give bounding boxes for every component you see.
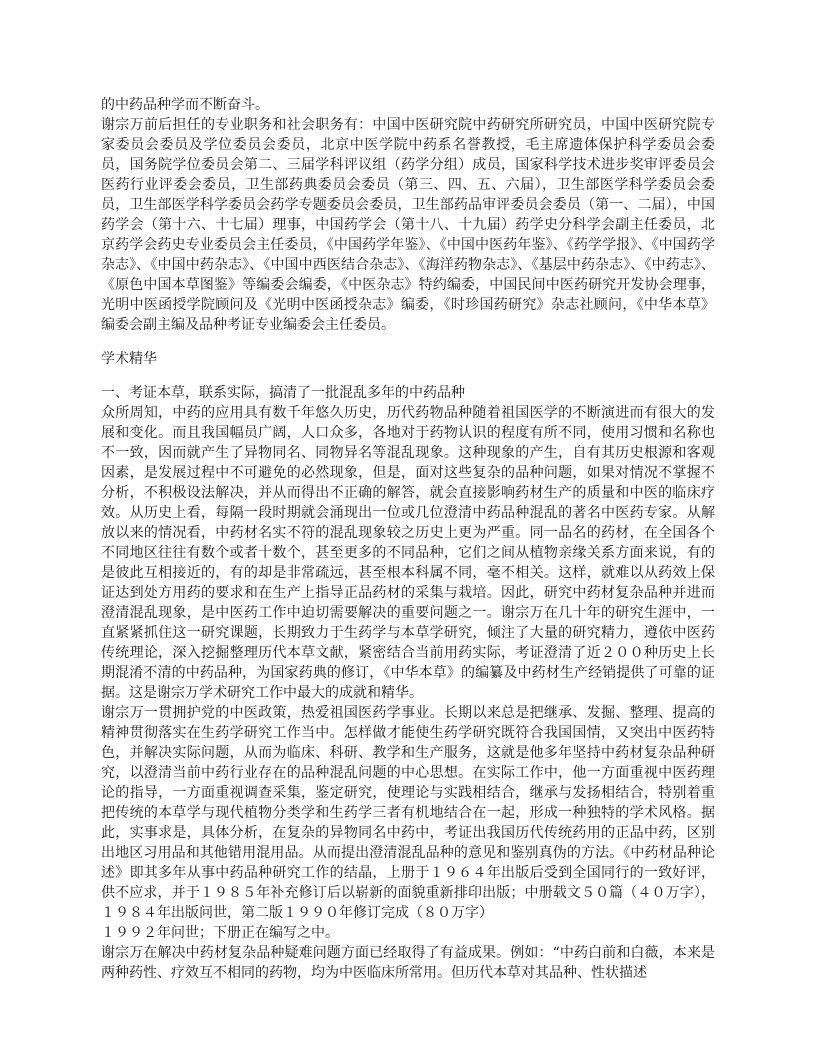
paragraph-professional-positions: 谢宗万前后担任的专业职务和社会职务有：中国中医研究院中药研究所研究员，中国中医研… [101,115,715,335]
paragraph-achievements-example: 谢宗万在解决中药材复杂品种疑难问题方面已经取得了有益成果。例如：“中药白前和白薇… [101,943,715,983]
paragraph-publication-year: １９９２年问世；下册正在编写之中。 [101,923,715,943]
document-content: 的中药品种学而不断奋斗。 谢宗万前后担任的专业职务和社会职务有：中国中医研究院中… [101,95,715,983]
paragraph-research-approach: 谢宗万一贯拥护党的中医政策，热爱祖国医药学事业。长期以来总是把继承、发掘、整理、… [101,703,715,923]
paragraph-continuation: 的中药品种学而不断奋斗。 [101,95,715,115]
paragraph-herb-variety-history: 众所周知，中药的应用具有数千年悠久历史，历代药物品种随着祖国医学的不断演进而有很… [101,403,715,703]
document-page: 的中药品种学而不断奋斗。 谢宗万前后担任的专业职务和社会职务有：中国中医研究院中… [0,0,816,1056]
subsection-heading-textual-research: 一、考证本草，联系实际，搞清了一批混乱多年的中药品种 [101,383,715,403]
section-heading-academic-essence: 学术精华 [101,349,715,369]
